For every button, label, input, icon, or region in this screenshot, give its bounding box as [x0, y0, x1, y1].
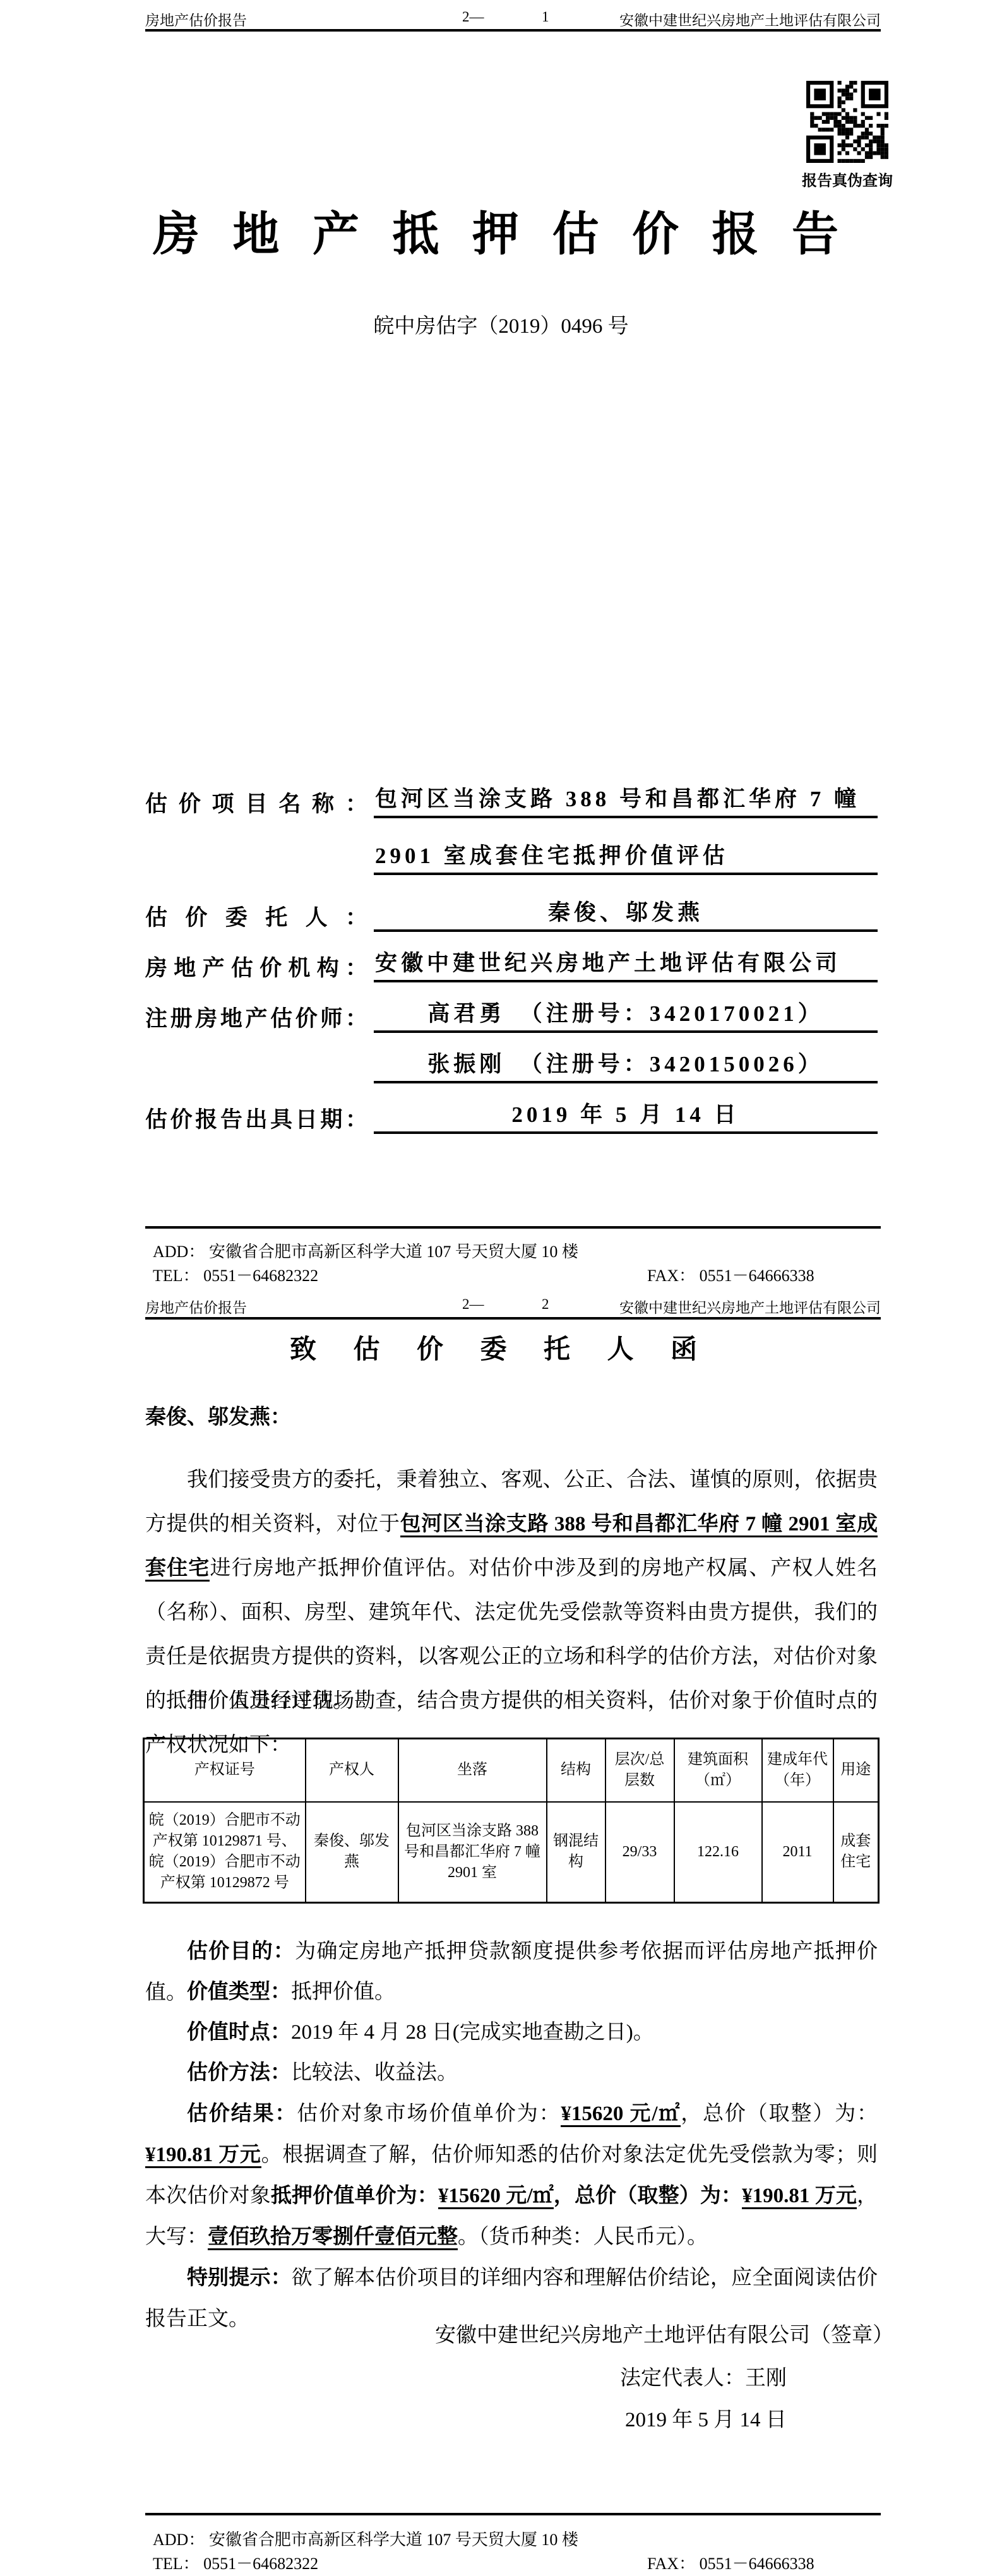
- item-label: 估价目的：: [187, 1940, 295, 1963]
- table-header-row: 产权证号 产权人 坐落 结构 层次/总层数 建筑面积（㎡） 建成年代（年） 用途: [144, 1739, 879, 1802]
- field-issue-date: 估价报告出具日期： 2019 年 5 月 14 日: [145, 1099, 878, 1134]
- field-appraiser-1: 注册房地产估价师： 高君勇 （注册号：3420170021）: [145, 998, 878, 1033]
- field-value: 2901 室成套住宅抵押价值评估: [374, 838, 878, 875]
- col-year-built: 建成年代（年）: [762, 1739, 833, 1802]
- result-text: 估价对象市场价值单价为：: [297, 2102, 561, 2125]
- footer-fax: FAX： 0551－64666338: [647, 2551, 814, 2574]
- letter-salutation: 秦俊、邬发燕：: [145, 1400, 291, 1430]
- item-label: 估价结果：: [187, 2102, 297, 2125]
- footer-tel: TEL： 0551－64682322: [153, 1263, 318, 1286]
- field-value: 安徽中建世纪兴房地产土地评估有限公司: [374, 946, 878, 982]
- col-owner: 产权人: [306, 1739, 398, 1802]
- field-agency: 房地产估价机构： 安徽中建世纪兴房地产土地评估有限公司: [145, 947, 878, 982]
- field-label: 估价项目名称：: [145, 787, 367, 818]
- field-value: 秦俊、邬发燕: [374, 895, 878, 932]
- header-divider: [145, 29, 881, 32]
- item-label: 价值时点：: [187, 2021, 291, 2044]
- footer-tel: TEL： 0551－64682322: [153, 2551, 318, 2574]
- field-appraiser-2: 张振刚 （注册号：3420150026）: [145, 1048, 878, 1083]
- field-project-name-line2: 2901 室成套住宅抵押价值评估: [145, 840, 878, 875]
- cell-floor: 29/33: [605, 1802, 674, 1903]
- field-value: 高君勇 （注册号：3420170021）: [374, 996, 878, 1033]
- item-text: 比较法、收益法。: [291, 2061, 458, 2084]
- header-page-total: 2—: [462, 1296, 484, 1313]
- cell-year-built: 2011: [762, 1802, 833, 1903]
- cell-owner: 秦俊、邬发燕: [306, 1802, 398, 1903]
- item-value-date: 价值时点：2019 年 4 月 28 日(完成实地查勘之日)。: [145, 2012, 878, 2053]
- qr-caption: 报告真伪查询: [781, 168, 914, 190]
- field-value: 包河区当涂支路 388 号和昌都汇华府 7 幢: [374, 782, 878, 818]
- header-page-total: 2—: [462, 9, 484, 25]
- table-row: 皖（2019）合肥市不动产权第 10129871 号、皖（2019）合肥市不动产…: [144, 1802, 879, 1903]
- item-text: 2019 年 4 月 28 日(完成实地查勘之日)。: [291, 2021, 654, 2044]
- header-page-number: 1: [542, 9, 549, 25]
- header-company-name: 安徽中建世纪兴房地产土地评估有限公司: [619, 9, 881, 30]
- footer-divider: [145, 2513, 881, 2515]
- col-use: 用途: [833, 1739, 879, 1802]
- result-text: ，总价（取整）为：: [554, 2185, 742, 2207]
- cell-certificate-no: 皖（2019）合肥市不动产权第 10129871 号、皖（2019）合肥市不动产…: [144, 1802, 306, 1903]
- field-label: 房地产估价机构：: [145, 951, 367, 982]
- cover-title: 房 地 产 抵 押 估 价 报 告: [0, 197, 1002, 264]
- result-mortgage-total-price: ¥190.81 万元: [742, 2185, 857, 2209]
- page2-header: 房地产估价报告 2— 2 安徽中建世纪兴房地产土地评估有限公司: [145, 1296, 881, 1318]
- result-text: 抵押价值单价为：: [271, 2185, 438, 2207]
- item-text: 抵押价值。: [291, 1981, 395, 2003]
- footer-address: ADD： 安徽省合肥市高新区科学大道 107 号天贸大厦 10 楼: [153, 1239, 578, 1262]
- letter-title: 致 估 价 委 托 人 函: [0, 1328, 1002, 1366]
- col-location: 坐落: [398, 1739, 547, 1802]
- cell-use: 成套住宅: [833, 1802, 879, 1903]
- item-value-type: 价值类型：抵押价值。: [145, 1972, 878, 2013]
- footer-contacts: TEL： 0551－64682322 FAX： 0551－64666338: [0, 1263, 1002, 1284]
- field-value: 张振刚 （注册号：3420150026）: [374, 1047, 878, 1083]
- property-rights-table: 产权证号 产权人 坐落 结构 层次/总层数 建筑面积（㎡） 建成年代（年） 用途…: [143, 1738, 880, 1904]
- result-text: 。（货币种类：人民币元）。: [458, 2226, 708, 2248]
- header-doc-type: 房地产估价报告: [145, 1296, 247, 1317]
- cell-structure: 钢混结构: [547, 1802, 605, 1903]
- cell-area: 122.16: [674, 1802, 762, 1903]
- signature-legal-representative: 法定代表人：王刚: [620, 2361, 787, 2391]
- col-area: 建筑面积（㎡）: [674, 1739, 762, 1802]
- qr-code: [806, 81, 888, 163]
- result-mortgage-unit-price: ¥15620 元/㎡: [438, 2185, 554, 2209]
- footer-address: ADD： 安徽省合肥市高新区科学大道 107 号天贸大厦 10 楼: [153, 2527, 578, 2550]
- signature-date: 2019 年 5 月 14 日: [625, 2403, 787, 2433]
- col-certificate-no: 产权证号: [144, 1739, 306, 1802]
- field-label: 估价报告出具日期：: [145, 1102, 367, 1134]
- field-label: 注册房地产估价师：: [145, 1001, 367, 1033]
- footer-divider: [145, 1226, 881, 1229]
- header-divider: [145, 1317, 881, 1320]
- cell-location: 包河区当涂支路 388 号和昌都汇华府 7 幢 2901 室: [398, 1802, 547, 1903]
- header-doc-type: 房地产估价报告: [145, 9, 247, 30]
- header-company-name: 安徽中建世纪兴房地产土地评估有限公司: [619, 1296, 881, 1317]
- page1-header: 房地产估价报告 2— 1 安徽中建世纪兴房地产土地评估有限公司: [145, 9, 881, 30]
- field-value: 2019 年 5 月 14 日: [374, 1097, 878, 1134]
- item-label: 价值类型：: [187, 1981, 291, 2003]
- footer-fax: FAX： 0551－64666338: [647, 1263, 814, 1286]
- result-total-price: ¥190.81 万元: [145, 2144, 261, 2168]
- item-label: 估价方法：: [187, 2061, 291, 2084]
- report-number: 皖中房估字（2019）0496 号: [0, 309, 1002, 339]
- footer-contacts: TEL： 0551－64682322 FAX： 0551－64666338: [0, 2551, 1002, 2572]
- col-floor: 层次/总层数: [605, 1739, 674, 1802]
- report-document: 房地产估价报告 2— 1 安徽中建世纪兴房地产土地评估有限公司 报告真伪查询 房…: [0, 0, 1002, 2576]
- field-label: 估价委托人：: [145, 900, 367, 932]
- item-method: 估价方法：比较法、收益法。: [145, 2053, 878, 2094]
- item-result: 估价结果：估价对象市场价值单价为：¥15620 元/㎡，总价（取整）为：¥190…: [145, 2094, 878, 2258]
- field-client: 估价委托人： 秦俊、邬发燕: [145, 897, 878, 932]
- result-amount-in-words: 壹佰玖拾万零捌仟壹佰元整: [208, 2226, 458, 2250]
- item-label: 特别提示：: [187, 2267, 292, 2289]
- result-unit-price: ¥15620 元/㎡: [561, 2102, 681, 2127]
- signature-company: 安徽中建世纪兴房地产土地评估有限公司（签章）: [145, 2318, 893, 2348]
- header-page-number: 2: [542, 1296, 549, 1313]
- col-structure: 结构: [547, 1739, 605, 1802]
- result-text: ，总价（取整）为：: [681, 2102, 878, 2125]
- field-project-name: 估价项目名称： 包河区当涂支路 388 号和昌都汇华府 7 幢: [145, 783, 878, 818]
